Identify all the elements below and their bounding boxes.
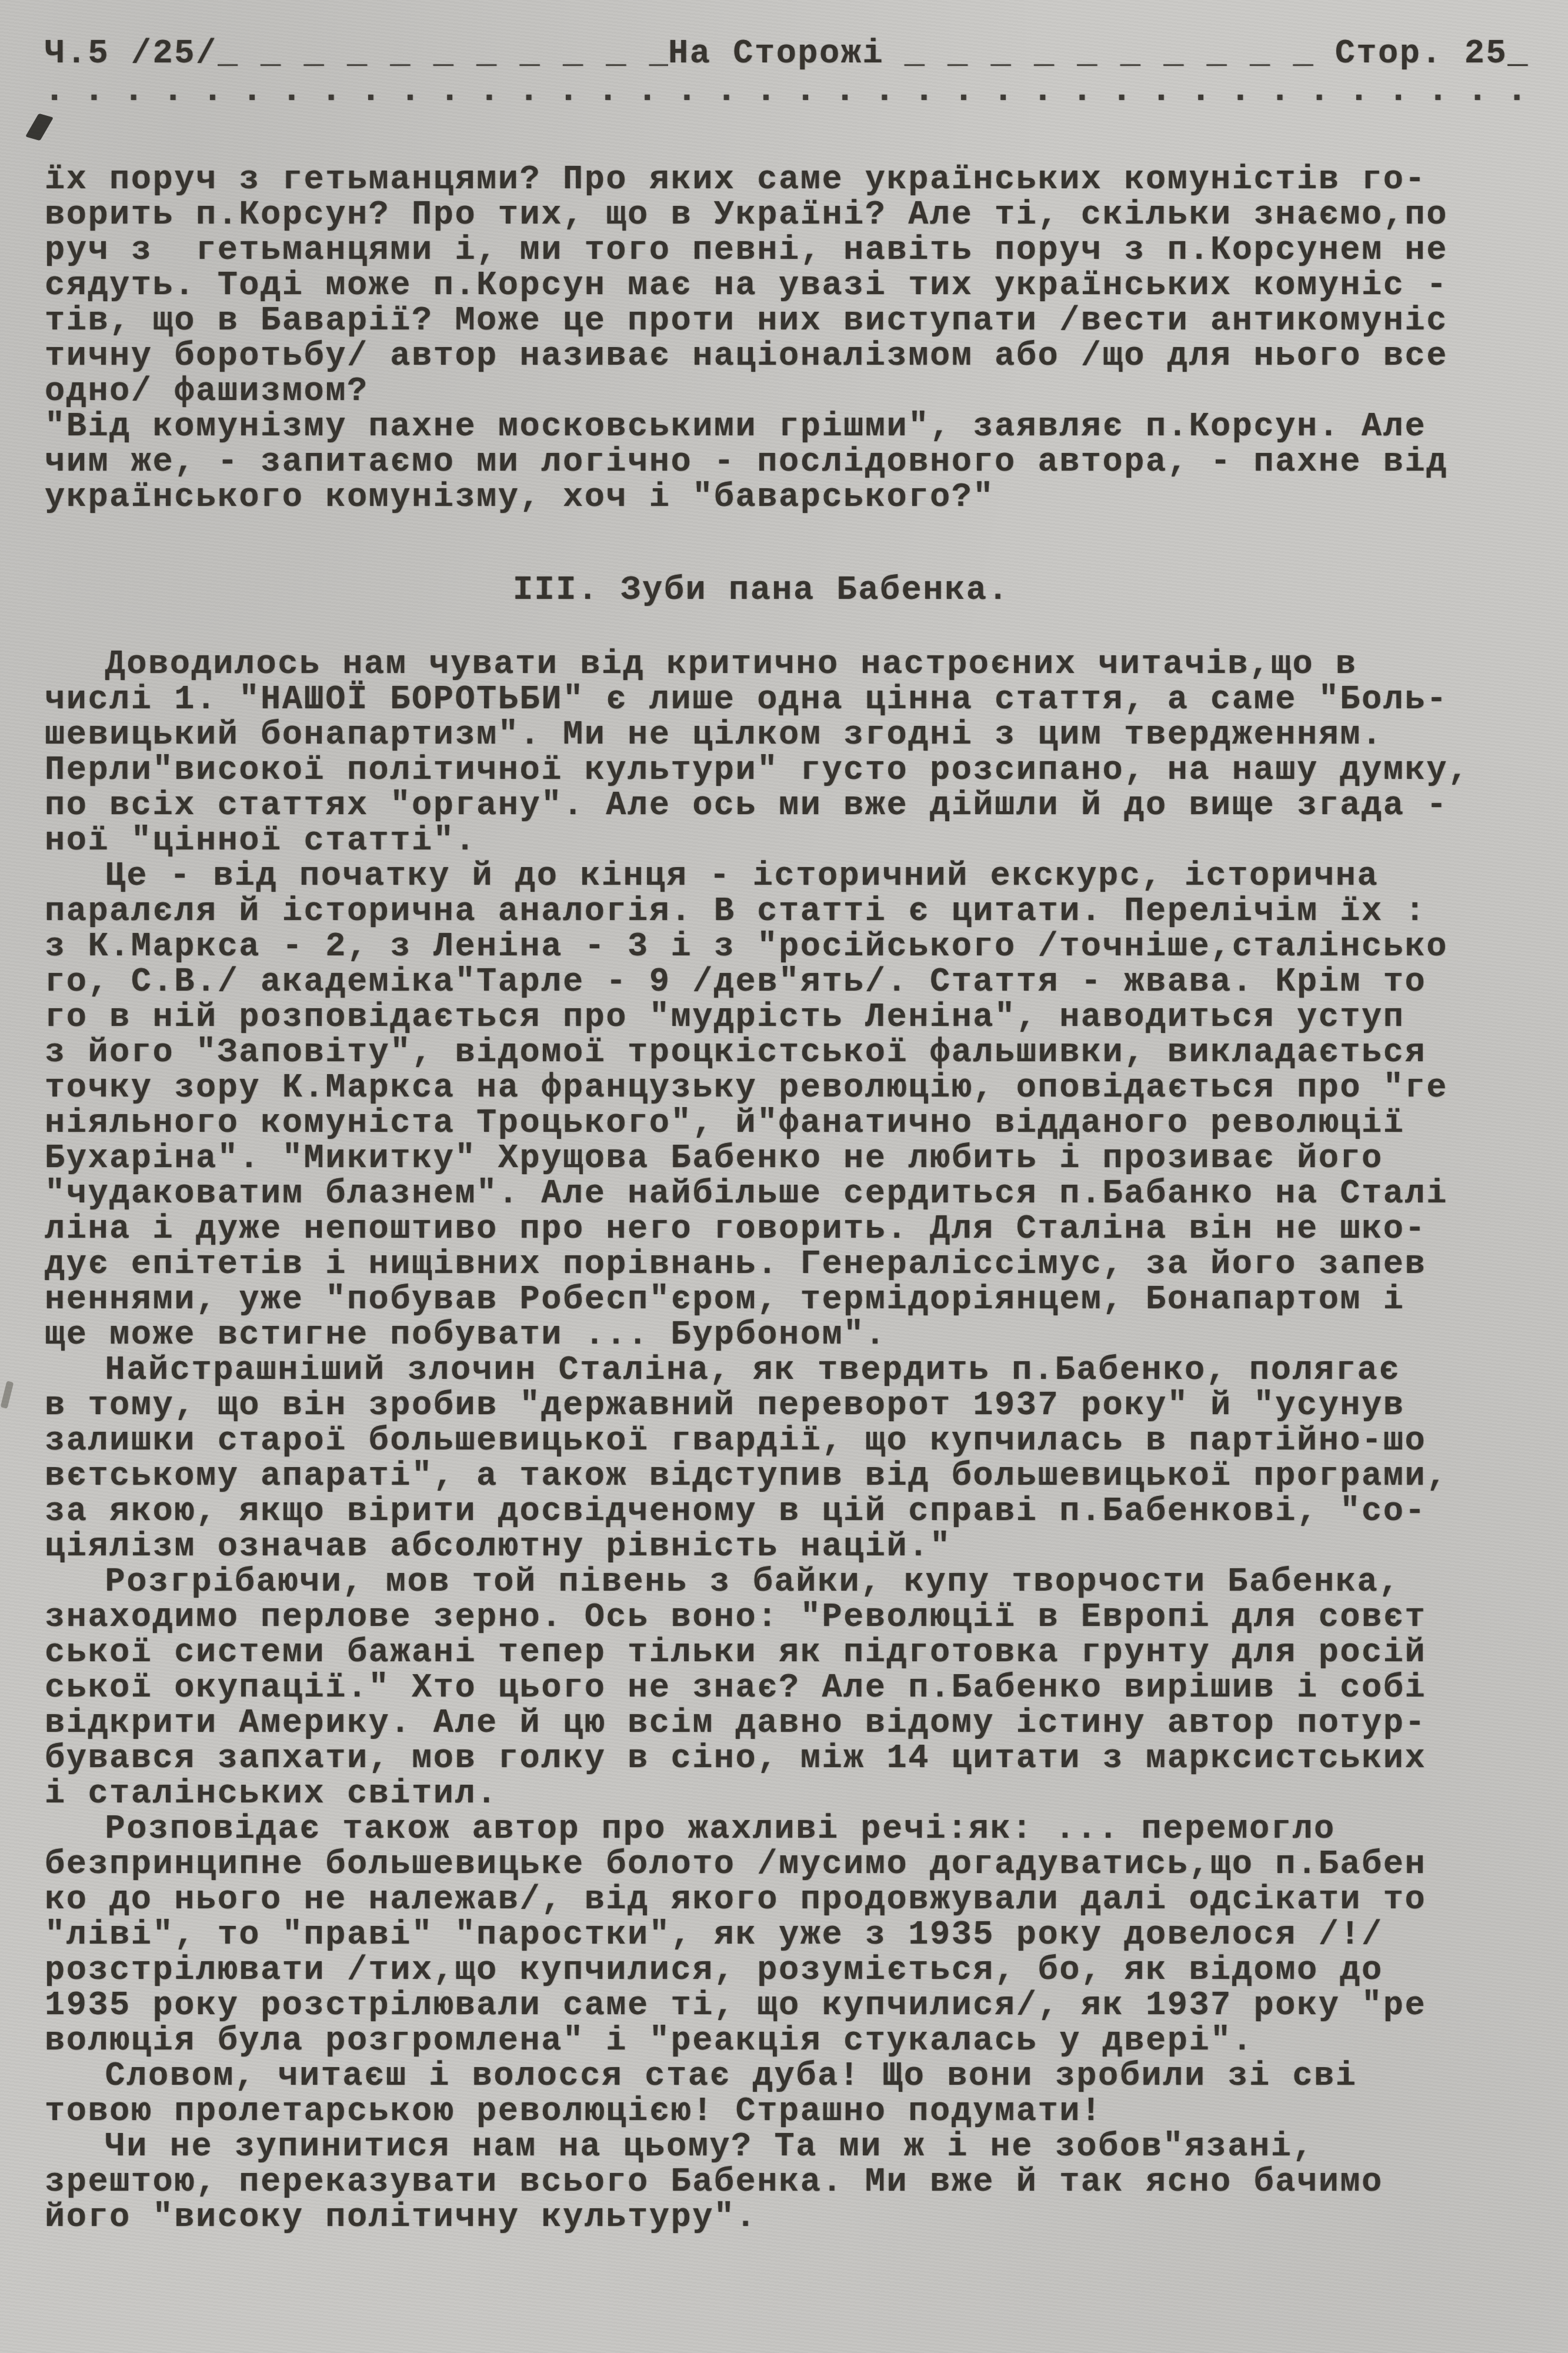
page-number: Стор. 25 [1335, 36, 1508, 72]
paragraph: Словом, читаєш і волосся стає дуба! Що в… [45, 2059, 1548, 2129]
section-heading: III. Зуби пана Бабенка. [45, 573, 1477, 608]
dotted-rule: ........................................… [44, 73, 1529, 108]
paragraph: Це - від початку й до кінця - історичний… [45, 859, 1548, 1353]
paragraph: Розгрібаючи, мов той півень з байки, куп… [45, 1565, 1548, 1812]
header-trailing-dash: _ [1507, 36, 1529, 72]
journal-title: На Сторожі [668, 36, 884, 72]
paragraph: Розповідає також автор про жахливі речі:… [45, 1812, 1548, 2059]
issue-number: Ч.5 /25/ [45, 36, 218, 72]
page-header: Ч.5 /25/ _ _ _ _ _ _ _ _ _ _ _ На Сторож… [0, 0, 1568, 72]
header-rule-left: _ _ _ _ _ _ _ _ _ _ _ [218, 36, 668, 72]
paragraph: Чи не зупинитися нам на цьому? Та ми ж і… [45, 2129, 1548, 2235]
header-rule-right: _ _ _ _ _ _ _ _ _ _ [884, 36, 1335, 72]
article-body: їх поруч з гетьманцями? Про яких саме ук… [0, 108, 1568, 2235]
scanned-page: Ч.5 /25/ _ _ _ _ _ _ _ _ _ _ _ На Сторож… [0, 0, 1568, 2353]
paragraph: Доводилось нам чувати від критично настр… [45, 647, 1548, 859]
paragraph-quote: "Від комунізму пахне московськими грішми… [45, 409, 1548, 515]
paragraph: Найстрашніший злочин Сталіна, як твердит… [45, 1353, 1548, 1565]
paragraph-continuation: їх поруч з гетьманцями? Про яких саме ук… [45, 162, 1548, 409]
